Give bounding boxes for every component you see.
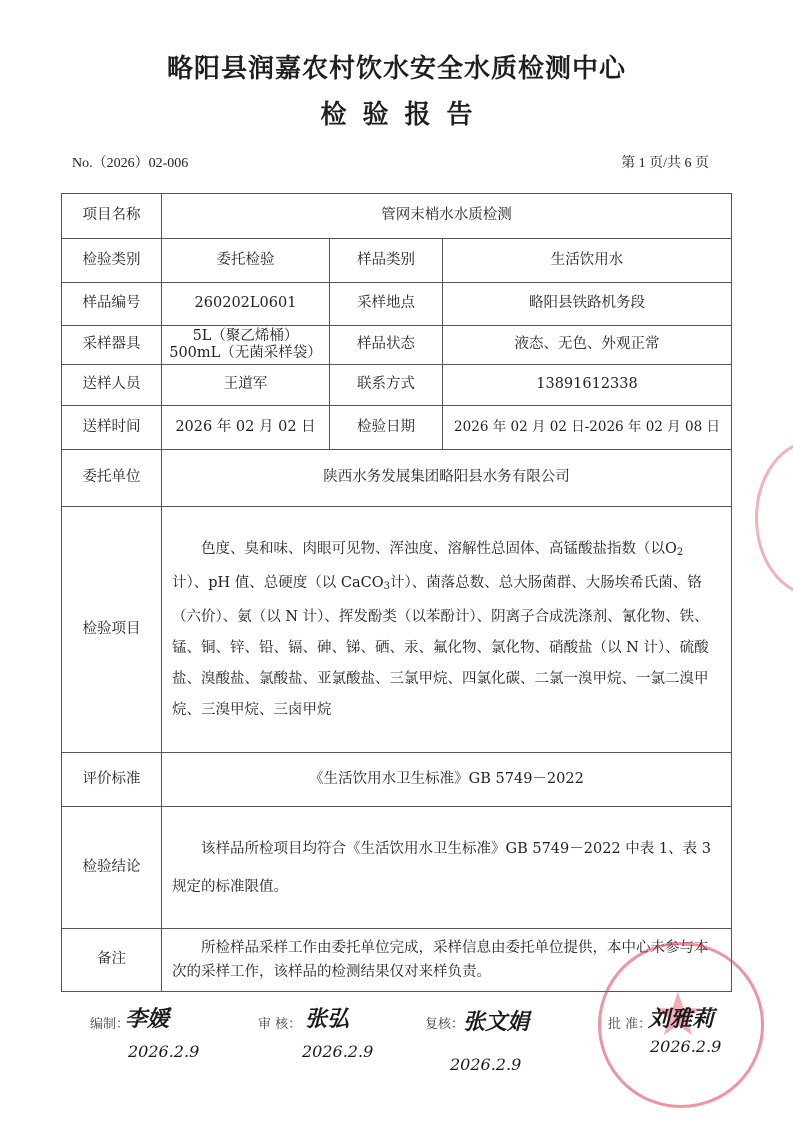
items-text-part1: 色度、臭和味、肉眼可见物、浑浊度、溶解性总固体、高锰酸盐指数（以O	[201, 541, 677, 557]
sig-compiled-date: 2026.2.9	[128, 1042, 199, 1061]
value-sampling-location: 略阳县铁路机务段	[443, 283, 732, 326]
value-inspection-date: 2026 年 02 月 02 日-2026 年 02 月 08 日	[443, 406, 732, 450]
row-items: 检验项目 色度、臭和味、肉眼可见物、浑浊度、溶解性总固体、高锰酸盐指数（以O2计…	[62, 507, 732, 753]
seam-stamp	[755, 440, 793, 596]
doc-title: 检验报告	[0, 94, 793, 131]
sig-reviewed-name: 张弘	[305, 1002, 349, 1033]
items-sub1: 2	[677, 547, 683, 558]
row-sample-no: 样品编号 260202L0601 采样地点 略阳县铁路机务段	[62, 283, 732, 326]
sampling-tool-line2: 500mL（无菌采样袋）	[166, 345, 325, 362]
report-number: No.（2026）02-006	[72, 152, 188, 172]
label-conclusion: 检验结论	[62, 807, 162, 929]
sig-rechecked-date: 2026.2.9	[450, 1055, 521, 1074]
label-contact: 联系方式	[330, 365, 443, 406]
label-items: 检验项目	[62, 507, 162, 753]
row-project-name: 项目名称 管网末梢水水质检测	[62, 194, 732, 239]
sig-rechecked-label: 复核：	[425, 1013, 464, 1032]
row-inspection-type: 检验类别 委托检验 样品类别 生活饮用水	[62, 239, 732, 283]
label-sample-category: 样品类别	[330, 239, 443, 283]
label-standard: 评价标准	[62, 753, 162, 807]
label-sample-state: 样品状态	[330, 326, 443, 365]
sig-approved-date: 2026.2.9	[650, 1037, 721, 1056]
label-inspection-type: 检验类别	[62, 239, 162, 283]
row-standard: 评价标准 《生活饮用水卫生标准》GB 5749－2022	[62, 753, 732, 807]
label-project-name: 项目名称	[62, 194, 162, 239]
value-send-time: 2026 年 02 月 02 日	[162, 406, 330, 450]
sig-approved-label: 批 准：	[608, 1013, 651, 1032]
sig-reviewed-date: 2026.2.9	[302, 1042, 373, 1061]
value-sampling-tool: 5L（聚乙烯桶） 500mL（无菌采样袋）	[162, 326, 330, 365]
value-sender: 王道军	[162, 365, 330, 406]
label-client: 委托单位	[62, 450, 162, 507]
items-text-part3: 计）、菌落总数、总大肠菌群、大肠埃希氏菌、铬（六价）、氨（以 N 计）、挥发酚类…	[172, 575, 709, 718]
conclusion-text: 该样品所检项目均符合《生活饮用水卫生标准》GB 5749－2022 中表 1、表…	[166, 830, 727, 906]
value-conclusion: 该样品所检项目均符合《生活饮用水卫生标准》GB 5749－2022 中表 1、表…	[162, 807, 732, 929]
sig-compiled-name: 李媛	[125, 1002, 169, 1033]
value-client: 陕西水务发展集团略阳县水务有限公司	[162, 450, 732, 507]
value-items: 色度、臭和味、肉眼可见物、浑浊度、溶解性总固体、高锰酸盐指数（以O2计）、pH …	[162, 507, 732, 753]
value-sample-state: 液态、无色、外观正常	[443, 326, 732, 365]
sig-rechecked-name: 张文娟	[463, 1005, 529, 1036]
row-conclusion: 检验结论 该样品所检项目均符合《生活饮用水卫生标准》GB 5749－2022 中…	[62, 807, 732, 929]
sig-reviewed-label: 审 核：	[258, 1013, 301, 1032]
items-text: 色度、臭和味、肉眼可见物、浑浊度、溶解性总固体、高锰酸盐指数（以O2计）、pH …	[166, 534, 727, 726]
label-sampling-tool: 采样器具	[62, 326, 162, 365]
items-text-part2: 计）、pH 值、总硬度（以 CaCO	[172, 575, 384, 591]
value-sample-no: 260202L0601	[162, 283, 330, 326]
label-sample-no: 样品编号	[62, 283, 162, 326]
label-sampling-location: 采样地点	[330, 283, 443, 326]
label-inspection-date: 检验日期	[330, 406, 443, 450]
value-contact: 13891612338	[443, 365, 732, 406]
sig-approved-name: 刘雅莉	[648, 1002, 714, 1033]
page-info: 第 1 页/共 6 页	[621, 152, 709, 172]
value-project-name: 管网末梢水水质检测	[162, 194, 732, 239]
sampling-tool-line1: 5L（聚乙烯桶）	[166, 328, 325, 345]
label-send-time: 送样时间	[62, 406, 162, 450]
value-sample-category: 生活饮用水	[443, 239, 732, 283]
org-title: 略阳县润嘉农村饮水安全水质检测中心	[0, 48, 793, 85]
row-client: 委托单位 陕西水务发展集团略阳县水务有限公司	[62, 450, 732, 507]
label-sender: 送样人员	[62, 365, 162, 406]
value-inspection-type: 委托检验	[162, 239, 330, 283]
sig-compiled-label: 编制：	[90, 1013, 129, 1032]
row-sender: 送样人员 王道军 联系方式 13891612338	[62, 365, 732, 406]
label-remarks: 备注	[62, 929, 162, 992]
row-sampling-tool: 采样器具 5L（聚乙烯桶） 500mL（无菌采样袋） 样品状态 液态、无色、外观…	[62, 326, 732, 365]
report-table: 项目名称 管网末梢水水质检测 检验类别 委托检验 样品类别 生活饮用水 样品编号…	[61, 193, 732, 992]
row-send-time: 送样时间 2026 年 02 月 02 日 检验日期 2026 年 02 月 0…	[62, 406, 732, 450]
value-standard: 《生活饮用水卫生标准》GB 5749－2022	[162, 753, 732, 807]
